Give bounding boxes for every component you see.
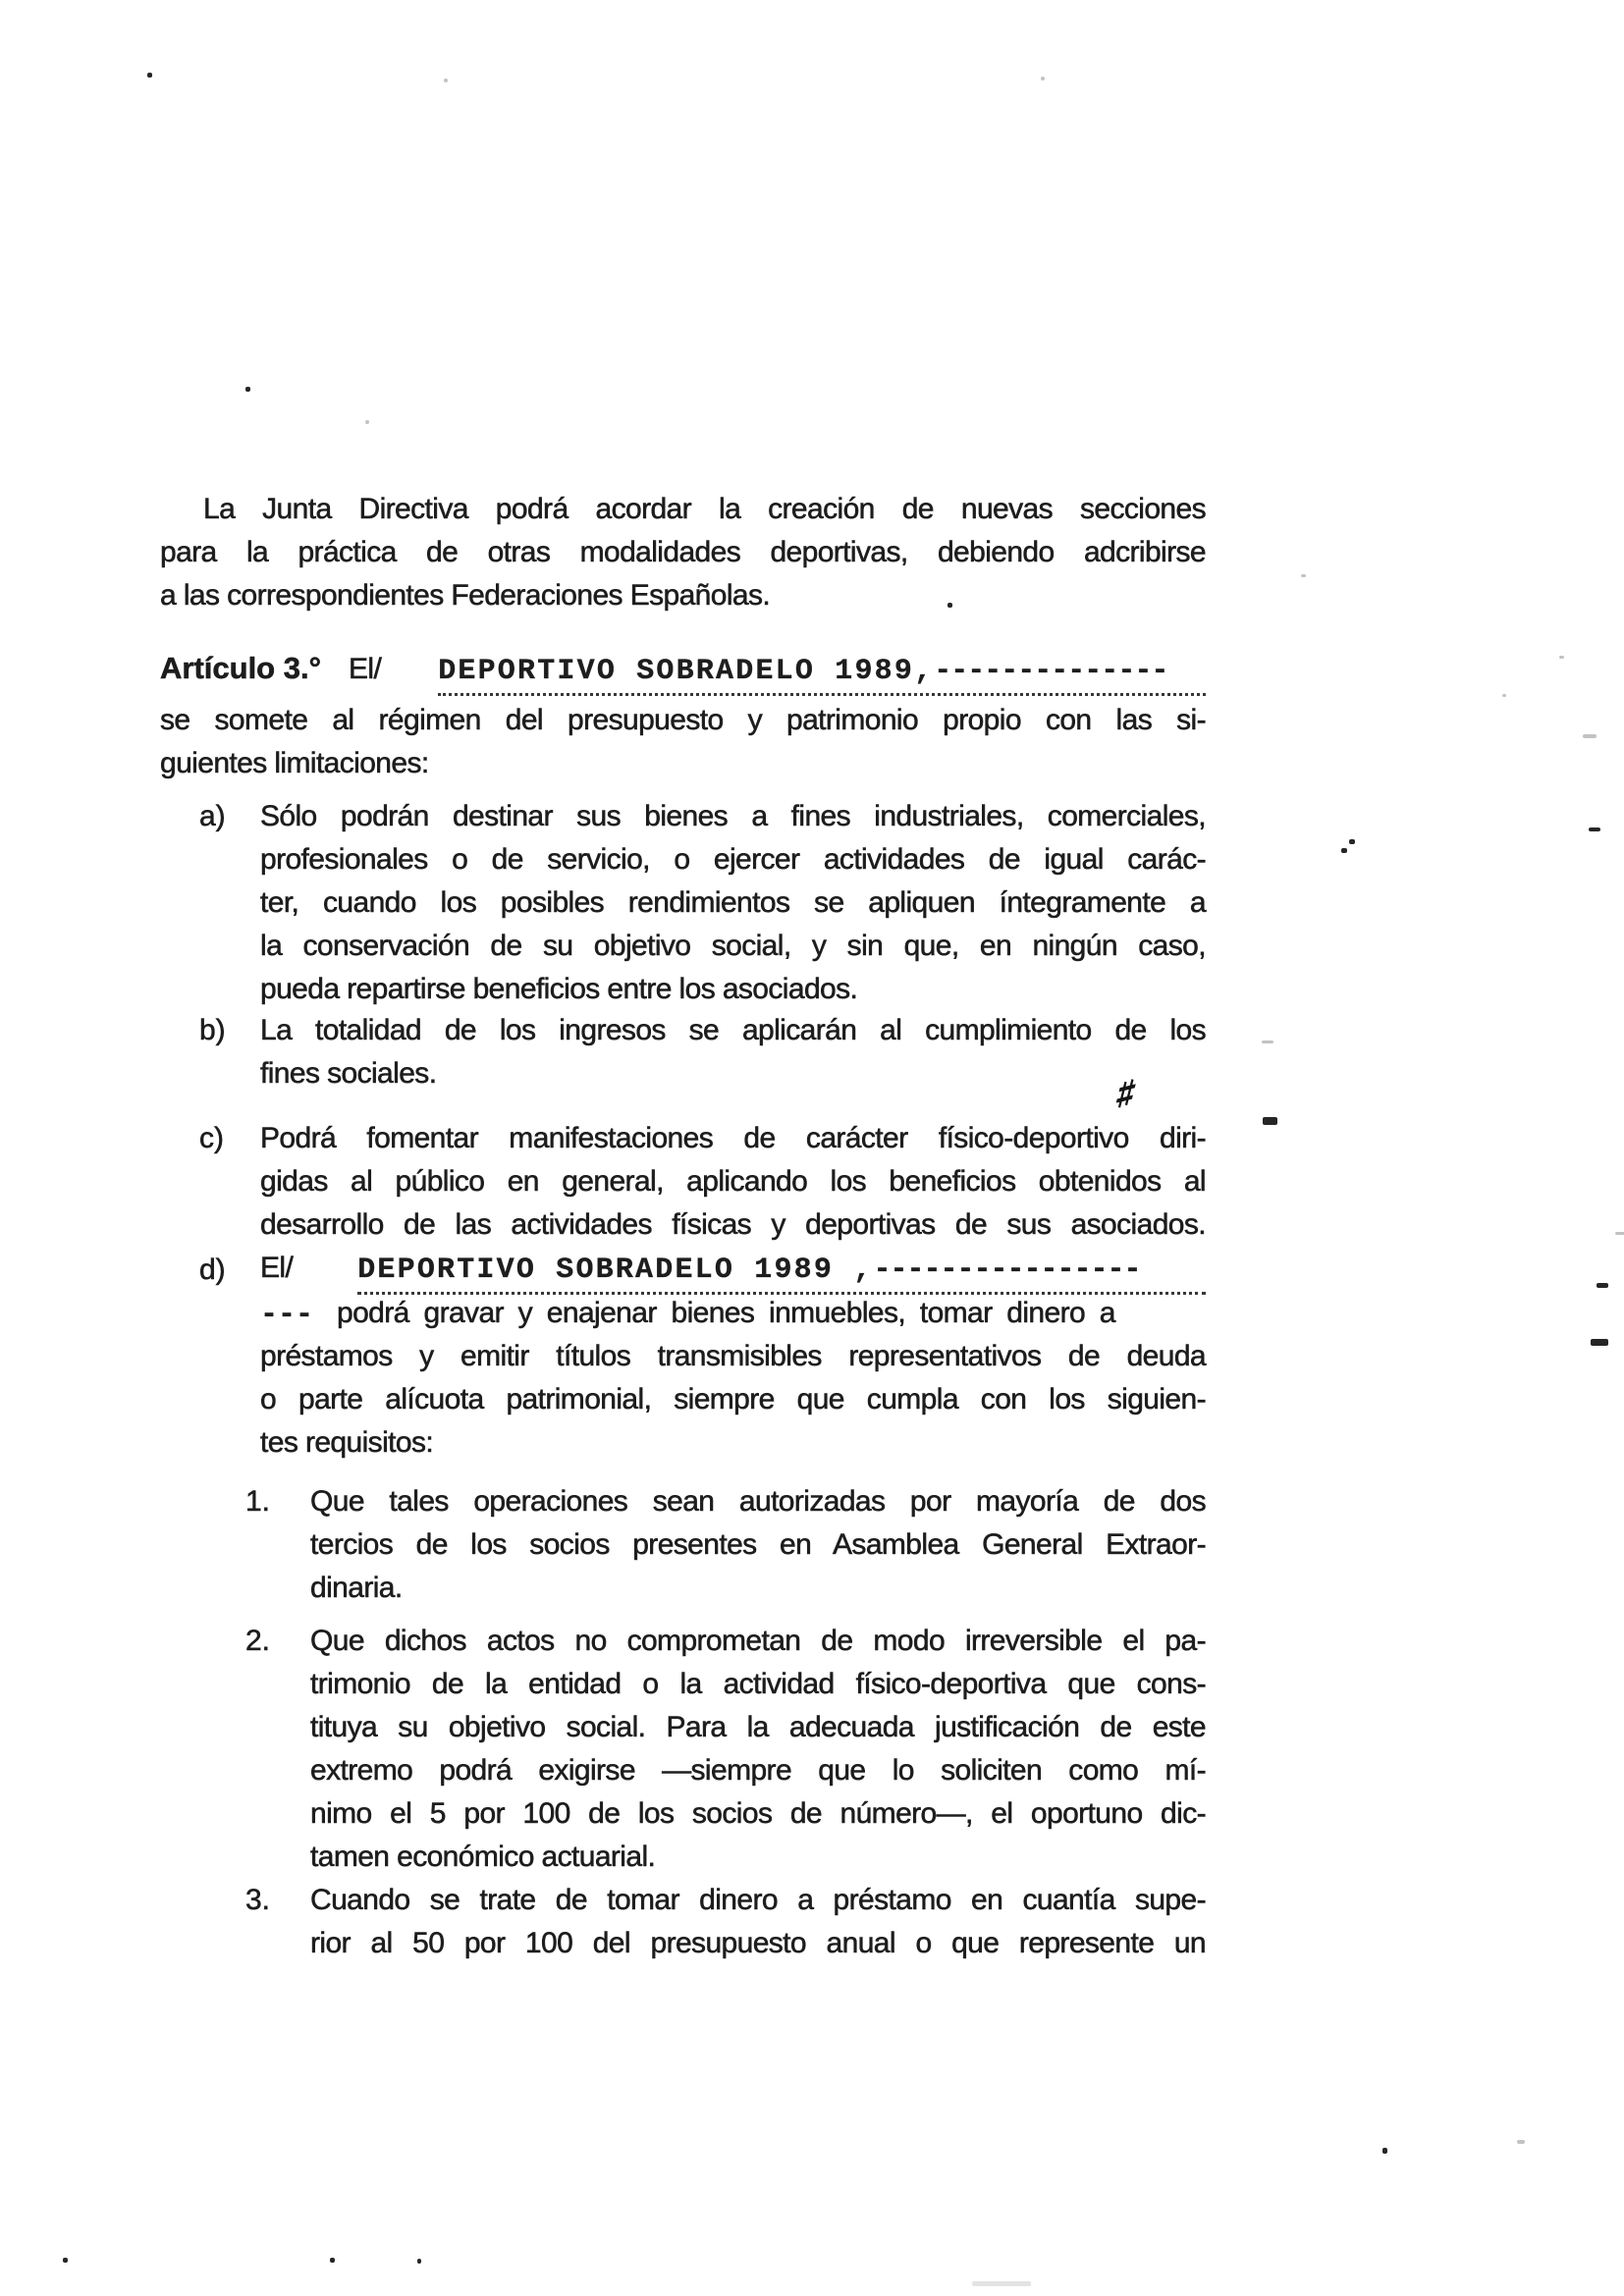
- text-line: o parte alícuota patrimonial, siempre qu…: [260, 1378, 1206, 1421]
- text-line: para la práctica de otras modalidades de…: [160, 531, 1206, 574]
- text-line: tes requisitos:: [260, 1421, 1206, 1465]
- intro-paragraph: La Junta Directiva podrá acordar la crea…: [160, 488, 1206, 617]
- scan-speck: [1263, 1117, 1277, 1125]
- list-item-c: c) Podrá fomentar manifestaciones de car…: [160, 1117, 1206, 1247]
- scan-speck: [1301, 574, 1306, 577]
- text-line-fragment: podrá gravar y enajenar bienes inmuebles…: [337, 1292, 1115, 1335]
- item-label-c: c): [199, 1117, 224, 1160]
- articulo-3-heading-line: Artículo 3.° El/ DEPORTIVO SOBRADELO 198…: [160, 644, 1206, 699]
- scan-speck: [1041, 77, 1045, 80]
- item-label-1: 1.: [245, 1480, 270, 1523]
- item-label-b: b): [199, 1009, 226, 1052]
- typed-club-name: DEPORTIVO SOBRADELO 1989,: [438, 655, 934, 688]
- scan-speck: [1517, 2140, 1525, 2144]
- list-item-2: 2. Que dichos actos no comprometan de mo…: [160, 1620, 1206, 1879]
- blank-line-lead: El/: [260, 1249, 293, 1288]
- scan-speck: [444, 79, 448, 82]
- list-item-a: a) Sólo podrán destinar sus bienes a fin…: [160, 795, 1206, 1011]
- scan-speck: [1262, 1041, 1273, 1043]
- scan-speck: [1615, 1232, 1624, 1235]
- scan-speck: [1349, 839, 1355, 844]
- typed-club-name: DEPORTIVO SOBRADELO 1989 ,: [357, 1254, 873, 1287]
- text-line: tamen económico actuarial.: [310, 1836, 1206, 1879]
- typed-dash-fill: ----------------: [874, 1254, 1141, 1287]
- scan-speck: [1591, 1339, 1608, 1346]
- text-line: guientes limitaciones:: [160, 742, 1206, 785]
- text-line: Que tales operaciones sean autorizadas p…: [310, 1480, 1206, 1523]
- articulo-3-label: Artículo 3.°: [160, 644, 321, 693]
- scan-speck: [1502, 694, 1506, 697]
- scan-speck: [972, 2281, 1031, 2286]
- text-line: fines sociales.: [260, 1052, 1206, 1095]
- text-line: Podrá fomentar manifestaciones de caráct…: [260, 1117, 1206, 1160]
- text-line: se somete al régimen del presupuesto y p…: [160, 699, 1206, 742]
- item-label-3: 3.: [245, 1879, 270, 1922]
- text-line: gidas al público en general, aplicando l…: [260, 1160, 1206, 1203]
- text-line: La Junta Directiva podrá acordar la crea…: [160, 488, 1206, 531]
- scan-speck: [1382, 2148, 1387, 2154]
- typed-dash-fill: --------------: [934, 655, 1167, 688]
- scan-speck: [330, 2258, 335, 2263]
- text-line: --- podrá gravar y enajenar bienes inmue…: [260, 1292, 1206, 1335]
- scan-speck: [1597, 1283, 1608, 1288]
- blank-line-lead: El/: [349, 645, 381, 694]
- list-item-d: d) El/ DEPORTIVO SOBRADELO 1989 ,-------…: [160, 1249, 1206, 1465]
- articulo-3-paragraph: Artículo 3.° El/ DEPORTIVO SOBRADELO 198…: [160, 644, 1206, 785]
- scan-speck: [365, 420, 369, 424]
- text-line: Que dichos actos no comprometan de modo …: [310, 1620, 1206, 1663]
- list-item-b: b) La totalidad de los ingresos se aplic…: [160, 1009, 1206, 1095]
- scan-speck: [147, 73, 152, 78]
- text-line: rior al 50 por 100 del presupuesto anual…: [310, 1922, 1206, 1965]
- list-item-3: 3. Cuando se trate de tomar dinero a pré…: [160, 1879, 1206, 1965]
- scan-speck: [245, 387, 250, 392]
- typed-dash-prefix: ---: [260, 1294, 313, 1337]
- item-label-a: a): [199, 795, 226, 838]
- item-label-2: 2.: [245, 1620, 270, 1663]
- text-line: extremo podrá exigirse —siempre que lo s…: [310, 1749, 1206, 1792]
- text-line: dinaria.: [310, 1567, 1206, 1610]
- scan-speck: [417, 2259, 421, 2264]
- text-line: tercios de los socios presentes en Asamb…: [310, 1523, 1206, 1567]
- text-line: ter, cuando los posibles rendimientos se…: [260, 881, 1206, 925]
- typed-underlined-segment: DEPORTIVO SOBRADELO 1989,--------------: [438, 650, 1206, 696]
- typed-underlined-segment: DEPORTIVO SOBRADELO 1989 ,--------------…: [357, 1249, 1206, 1295]
- text-line: La totalidad de los ingresos se aplicará…: [260, 1009, 1206, 1052]
- list-item-1: 1. Que tales operaciones sean autorizada…: [160, 1480, 1206, 1610]
- scan-speck: [63, 2258, 68, 2263]
- text-line: a las correspondientes Federaciones Espa…: [160, 574, 1206, 617]
- scanned-document-page: La Junta Directiva podrá acordar la crea…: [0, 0, 1624, 2296]
- scan-speck: [1589, 828, 1600, 831]
- text-line: trimonio de la entidad o la actividad fí…: [310, 1663, 1206, 1706]
- text-line: préstamos y emitir títulos transmisibles…: [260, 1335, 1206, 1378]
- scan-speck: [947, 603, 952, 608]
- item-label-d: d): [199, 1249, 226, 1292]
- text-line: desarrollo de las actividades físicas y …: [260, 1203, 1206, 1247]
- text-line: profesionales o de servicio, o ejercer a…: [260, 838, 1206, 881]
- text-line: la conservación de su objetivo social, y…: [260, 925, 1206, 968]
- scan-speck: [1341, 848, 1347, 853]
- text-line: Cuando se trate de tomar dinero a présta…: [310, 1879, 1206, 1922]
- scan-speck: [1583, 734, 1597, 738]
- text-line: Sólo podrán destinar sus bienes a fines …: [260, 795, 1206, 838]
- text-line: nimo el 5 por 100 de los socios de númer…: [310, 1792, 1206, 1836]
- typed-heading-line: El/ DEPORTIVO SOBRADELO 1989 ,----------…: [260, 1249, 1206, 1292]
- text-line: tituya su objetivo social. Para la adecu…: [310, 1706, 1206, 1749]
- text-line: pueda repartirse beneficios entre los as…: [260, 968, 1206, 1011]
- scan-speck: [1559, 656, 1564, 659]
